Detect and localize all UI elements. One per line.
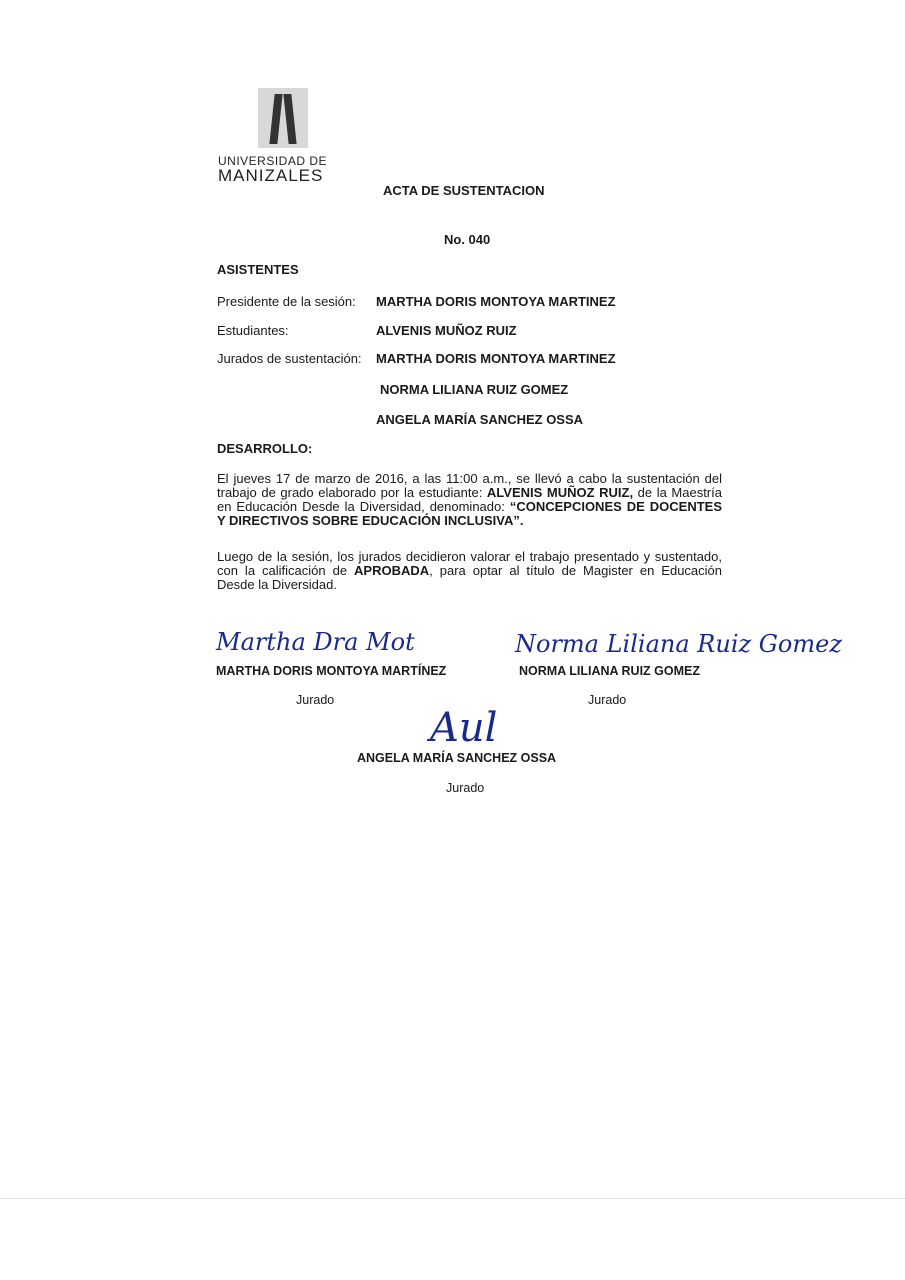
student-name: ALVENIS MUÑOZ RUIZ,: [487, 485, 633, 500]
value-presidente: MARTHA DORIS MONTOYA MARTINEZ: [376, 294, 616, 309]
grade: APROBADA: [354, 563, 429, 578]
desarrollo-paragraph-2: Luego de la sesión, los jurados decidier…: [217, 550, 722, 592]
value-estudiantes: ALVENIS MUÑOZ RUIZ: [376, 323, 517, 338]
value-jurado-2: NORMA LILIANA RUIZ GOMEZ: [380, 382, 568, 397]
signature-handwriting-2: Norma Liliana Ruiz Gomez: [515, 630, 842, 658]
desarrollo-paragraph-1: El jueves 17 de marzo de 2016, a las 11:…: [217, 472, 722, 528]
signature-role-2: Jurado: [588, 693, 626, 707]
signature-handwriting-3: Aul: [430, 705, 497, 751]
scan-edge-line: [0, 1198, 905, 1199]
label-jurados: Jurados de sustentación:: [217, 351, 362, 366]
value-jurado-1: MARTHA DORIS MONTOYA MARTINEZ: [376, 351, 616, 366]
desarrollo-heading: DESARROLLO:: [217, 441, 312, 456]
university-logo: [258, 88, 308, 148]
document-title: ACTA DE SUSTENTACION: [383, 183, 545, 198]
signature-handwriting-1: Martha Dra Mot: [216, 628, 415, 656]
signature-name-3: ANGELA MARÍA SANCHEZ OSSA: [357, 751, 556, 765]
signature-name-2: NORMA LILIANA RUIZ GOMEZ: [519, 664, 700, 678]
signature-role-1: Jurado: [296, 693, 334, 707]
signature-role-3: Jurado: [446, 781, 484, 795]
logo-text-line2: MANIZALES: [218, 166, 323, 186]
asistentes-heading: ASISTENTES: [217, 262, 299, 277]
label-presidente: Presidente de la sesión:: [217, 294, 356, 309]
label-estudiantes: Estudiantes:: [217, 323, 289, 338]
value-jurado-3: ANGELA MARÍA SANCHEZ OSSA: [376, 412, 583, 427]
signature-name-1: MARTHA DORIS MONTOYA MARTÍNEZ: [216, 664, 446, 678]
document-number: No. 040: [444, 232, 490, 247]
